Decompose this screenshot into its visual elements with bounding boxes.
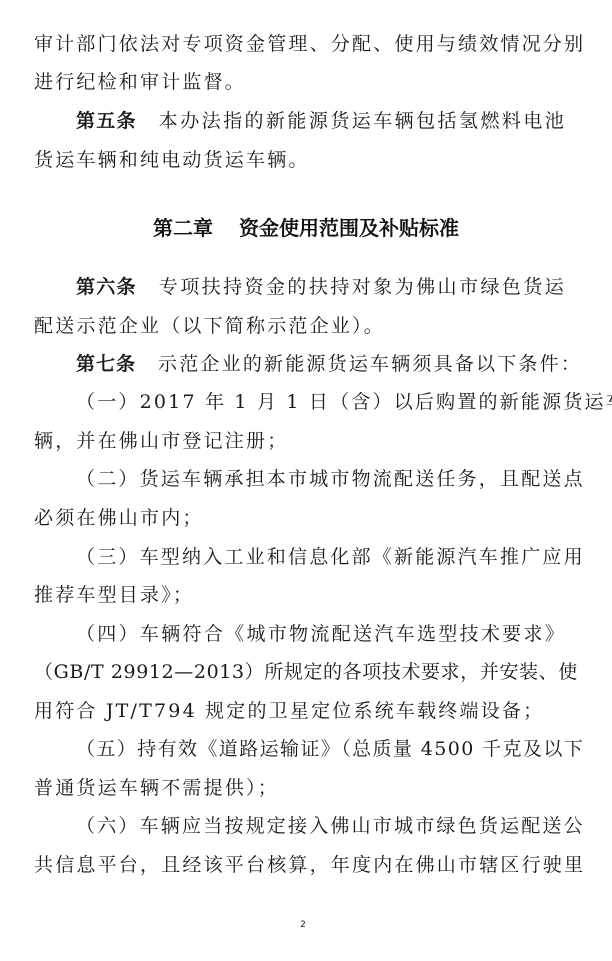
article-label: 第七条	[76, 353, 136, 375]
body-line: 用符合 JT/T794 规定的卫星定位系统车载终端设备；	[34, 699, 566, 723]
body-line: 辆，并在佛山市登记注册；	[34, 429, 566, 453]
article-5-line: 第五条本办法指的新能源货运车辆包括氢燃料电池	[76, 109, 566, 133]
item-4-line: （四）车辆符合《城市物流配送汽车选型技术要求》	[76, 622, 566, 646]
document-page: 审计部门依法对专项资金管理、分配、使用与绩效情况分别 进行纪检和审计监督。 第五…	[0, 0, 612, 961]
chapter-label: 第二章	[153, 216, 213, 240]
body-line: 进行纪检和审计监督。	[34, 70, 566, 94]
article-7-line: 第七条示范企业的新能源货运车辆须具备以下条件：	[76, 352, 566, 376]
body-line: 必须在佛山市内；	[34, 506, 566, 530]
page-number: 2	[0, 919, 606, 931]
article-text: 专项扶持资金的扶持对象为佛山市绿色货运	[159, 276, 566, 298]
article-label: 第六条	[76, 276, 137, 298]
article-text: 示范企业的新能源货运车辆须具备以下条件：	[158, 353, 582, 375]
item-6-line: （六）车辆应当按规定接入佛山市城市绿色货运配送公	[76, 814, 566, 838]
item-1-line: （一）2017 年 1 月 1 日（含）以后购置的新能源货运车	[76, 390, 566, 414]
article-6-line: 第六条专项扶持资金的扶持对象为佛山市绿色货运	[76, 275, 566, 299]
body-line: 推荐车型目录》；	[34, 583, 566, 607]
chapter-title: 资金使用范围及补贴标准	[239, 216, 459, 240]
body-line: 共信息平台，且经该平台核算，年度内在佛山市辖区行驶里	[34, 853, 566, 877]
chapter-heading: 第二章资金使用范围及补贴标准	[0, 216, 612, 240]
body-line: 货运车辆和纯电动货运车辆。	[34, 148, 566, 172]
item-3-line: （三）车型纳入工业和信息化部《新能源汽车推广应用	[76, 545, 566, 569]
item-5-line: （五）持有效《道路运输证》（总质量 4500 千克及以下	[76, 737, 566, 761]
body-line: （GB/T 29912—2013）所规定的各项技术要求，并安装、使	[34, 660, 566, 684]
body-line: 普通货运车辆不需提供）；	[34, 776, 566, 800]
body-line: 配送示范企业（以下简称示范企业）。	[34, 314, 566, 338]
article-label: 第五条	[76, 110, 137, 132]
article-text: 本办法指的新能源货运车辆包括氢燃料电池	[159, 110, 566, 132]
item-2-line: （二）货运车辆承担本市城市物流配送任务，且配送点	[76, 467, 566, 491]
body-line: 审计部门依法对专项资金管理、分配、使用与绩效情况分别	[34, 32, 566, 56]
